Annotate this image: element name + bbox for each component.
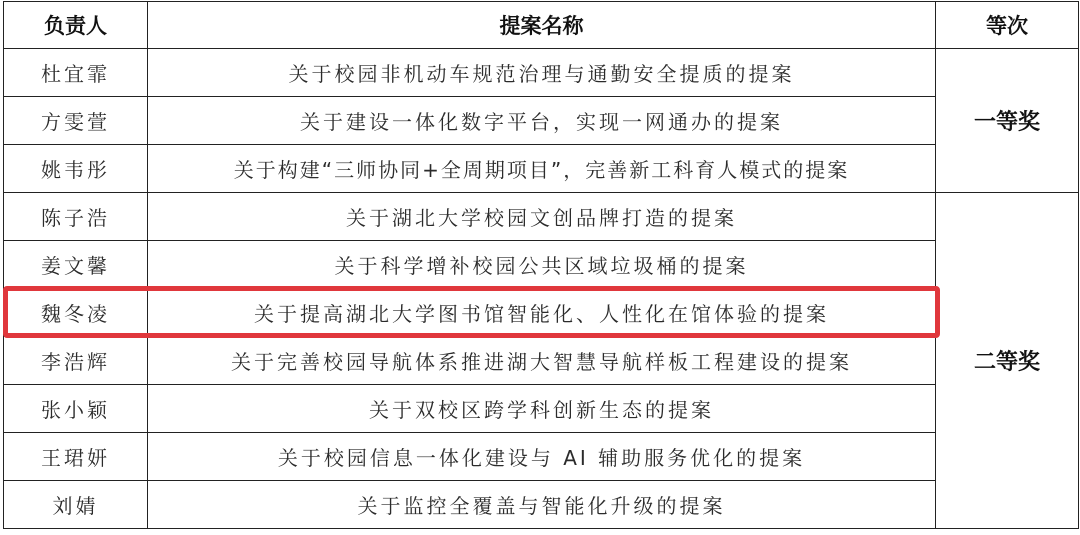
proposal-cell: 关于校园信息一体化建设与 AI 辅助服务优化的提案: [148, 433, 936, 481]
owner-cell: 杜宜霏: [4, 49, 148, 97]
table-row: 陈子浩 关于湖北大学校园文创品牌打造的提案 二等奖: [4, 193, 1079, 241]
header-owner: 负责人: [4, 2, 148, 49]
owner-cell: 王珺妍: [4, 433, 148, 481]
award-table: 负责人 提案名称 等次 杜宜霏 关于校园非机动车规范治理与通勤安全提质的提案 一…: [3, 1, 1079, 529]
owner-cell: 魏冬凌: [4, 289, 148, 337]
table-row: 王珺妍 关于校园信息一体化建设与 AI 辅助服务优化的提案: [4, 433, 1079, 481]
proposal-cell: 关于双校区跨学科创新生态的提案: [148, 385, 936, 433]
owner-cell: 刘婧: [4, 481, 148, 529]
table-row: 姚韦彤 关于构建“三师协同+全周期项目”，完善新工科育人模式的提案: [4, 145, 1079, 193]
proposal-cell: 关于提高湖北大学图书馆智能化、人性化在馆体验的提案: [148, 289, 936, 337]
owner-cell: 李浩辉: [4, 337, 148, 385]
table-row-highlighted: 魏冬凌 关于提高湖北大学图书馆智能化、人性化在馆体验的提案: [4, 289, 1079, 337]
proposal-cell: 关于监控全覆盖与智能化升级的提案: [148, 481, 936, 529]
proposal-cell: 关于完善校园导航体系推进湖大智慧导航样板工程建设的提案: [148, 337, 936, 385]
proposal-cell: 关于科学增补校园公共区域垃圾桶的提案: [148, 241, 936, 289]
table-row: 刘婧 关于监控全覆盖与智能化升级的提案: [4, 481, 1079, 529]
owner-cell: 方雯萱: [4, 97, 148, 145]
table-row: 姜文馨 关于科学增补校园公共区域垃圾桶的提案: [4, 241, 1079, 289]
table-row: 杜宜霏 关于校园非机动车规范治理与通勤安全提质的提案 一等奖: [4, 49, 1079, 97]
table-row: 张小颖 关于双校区跨学科创新生态的提案: [4, 385, 1079, 433]
award-cell-second: 二等奖: [936, 193, 1079, 529]
award-cell-first: 一等奖: [936, 49, 1079, 193]
proposal-cell: 关于湖北大学校园文创品牌打造的提案: [148, 193, 936, 241]
table-row: 李浩辉 关于完善校园导航体系推进湖大智慧导航样板工程建设的提案: [4, 337, 1079, 385]
table-row: 方雯萱 关于建设一体化数字平台，实现一网通办的提案: [4, 97, 1079, 145]
owner-cell: 姜文馨: [4, 241, 148, 289]
proposal-cell: 关于构建“三师协同+全周期项目”，完善新工科育人模式的提案: [148, 145, 936, 193]
header-row: 负责人 提案名称 等次: [4, 2, 1079, 49]
header-proposal: 提案名称: [148, 2, 936, 49]
header-award: 等次: [936, 2, 1079, 49]
proposal-cell: 关于校园非机动车规范治理与通勤安全提质的提案: [148, 49, 936, 97]
owner-cell: 张小颖: [4, 385, 148, 433]
owner-cell: 陈子浩: [4, 193, 148, 241]
proposal-cell: 关于建设一体化数字平台，实现一网通办的提案: [148, 97, 936, 145]
owner-cell: 姚韦彤: [4, 145, 148, 193]
